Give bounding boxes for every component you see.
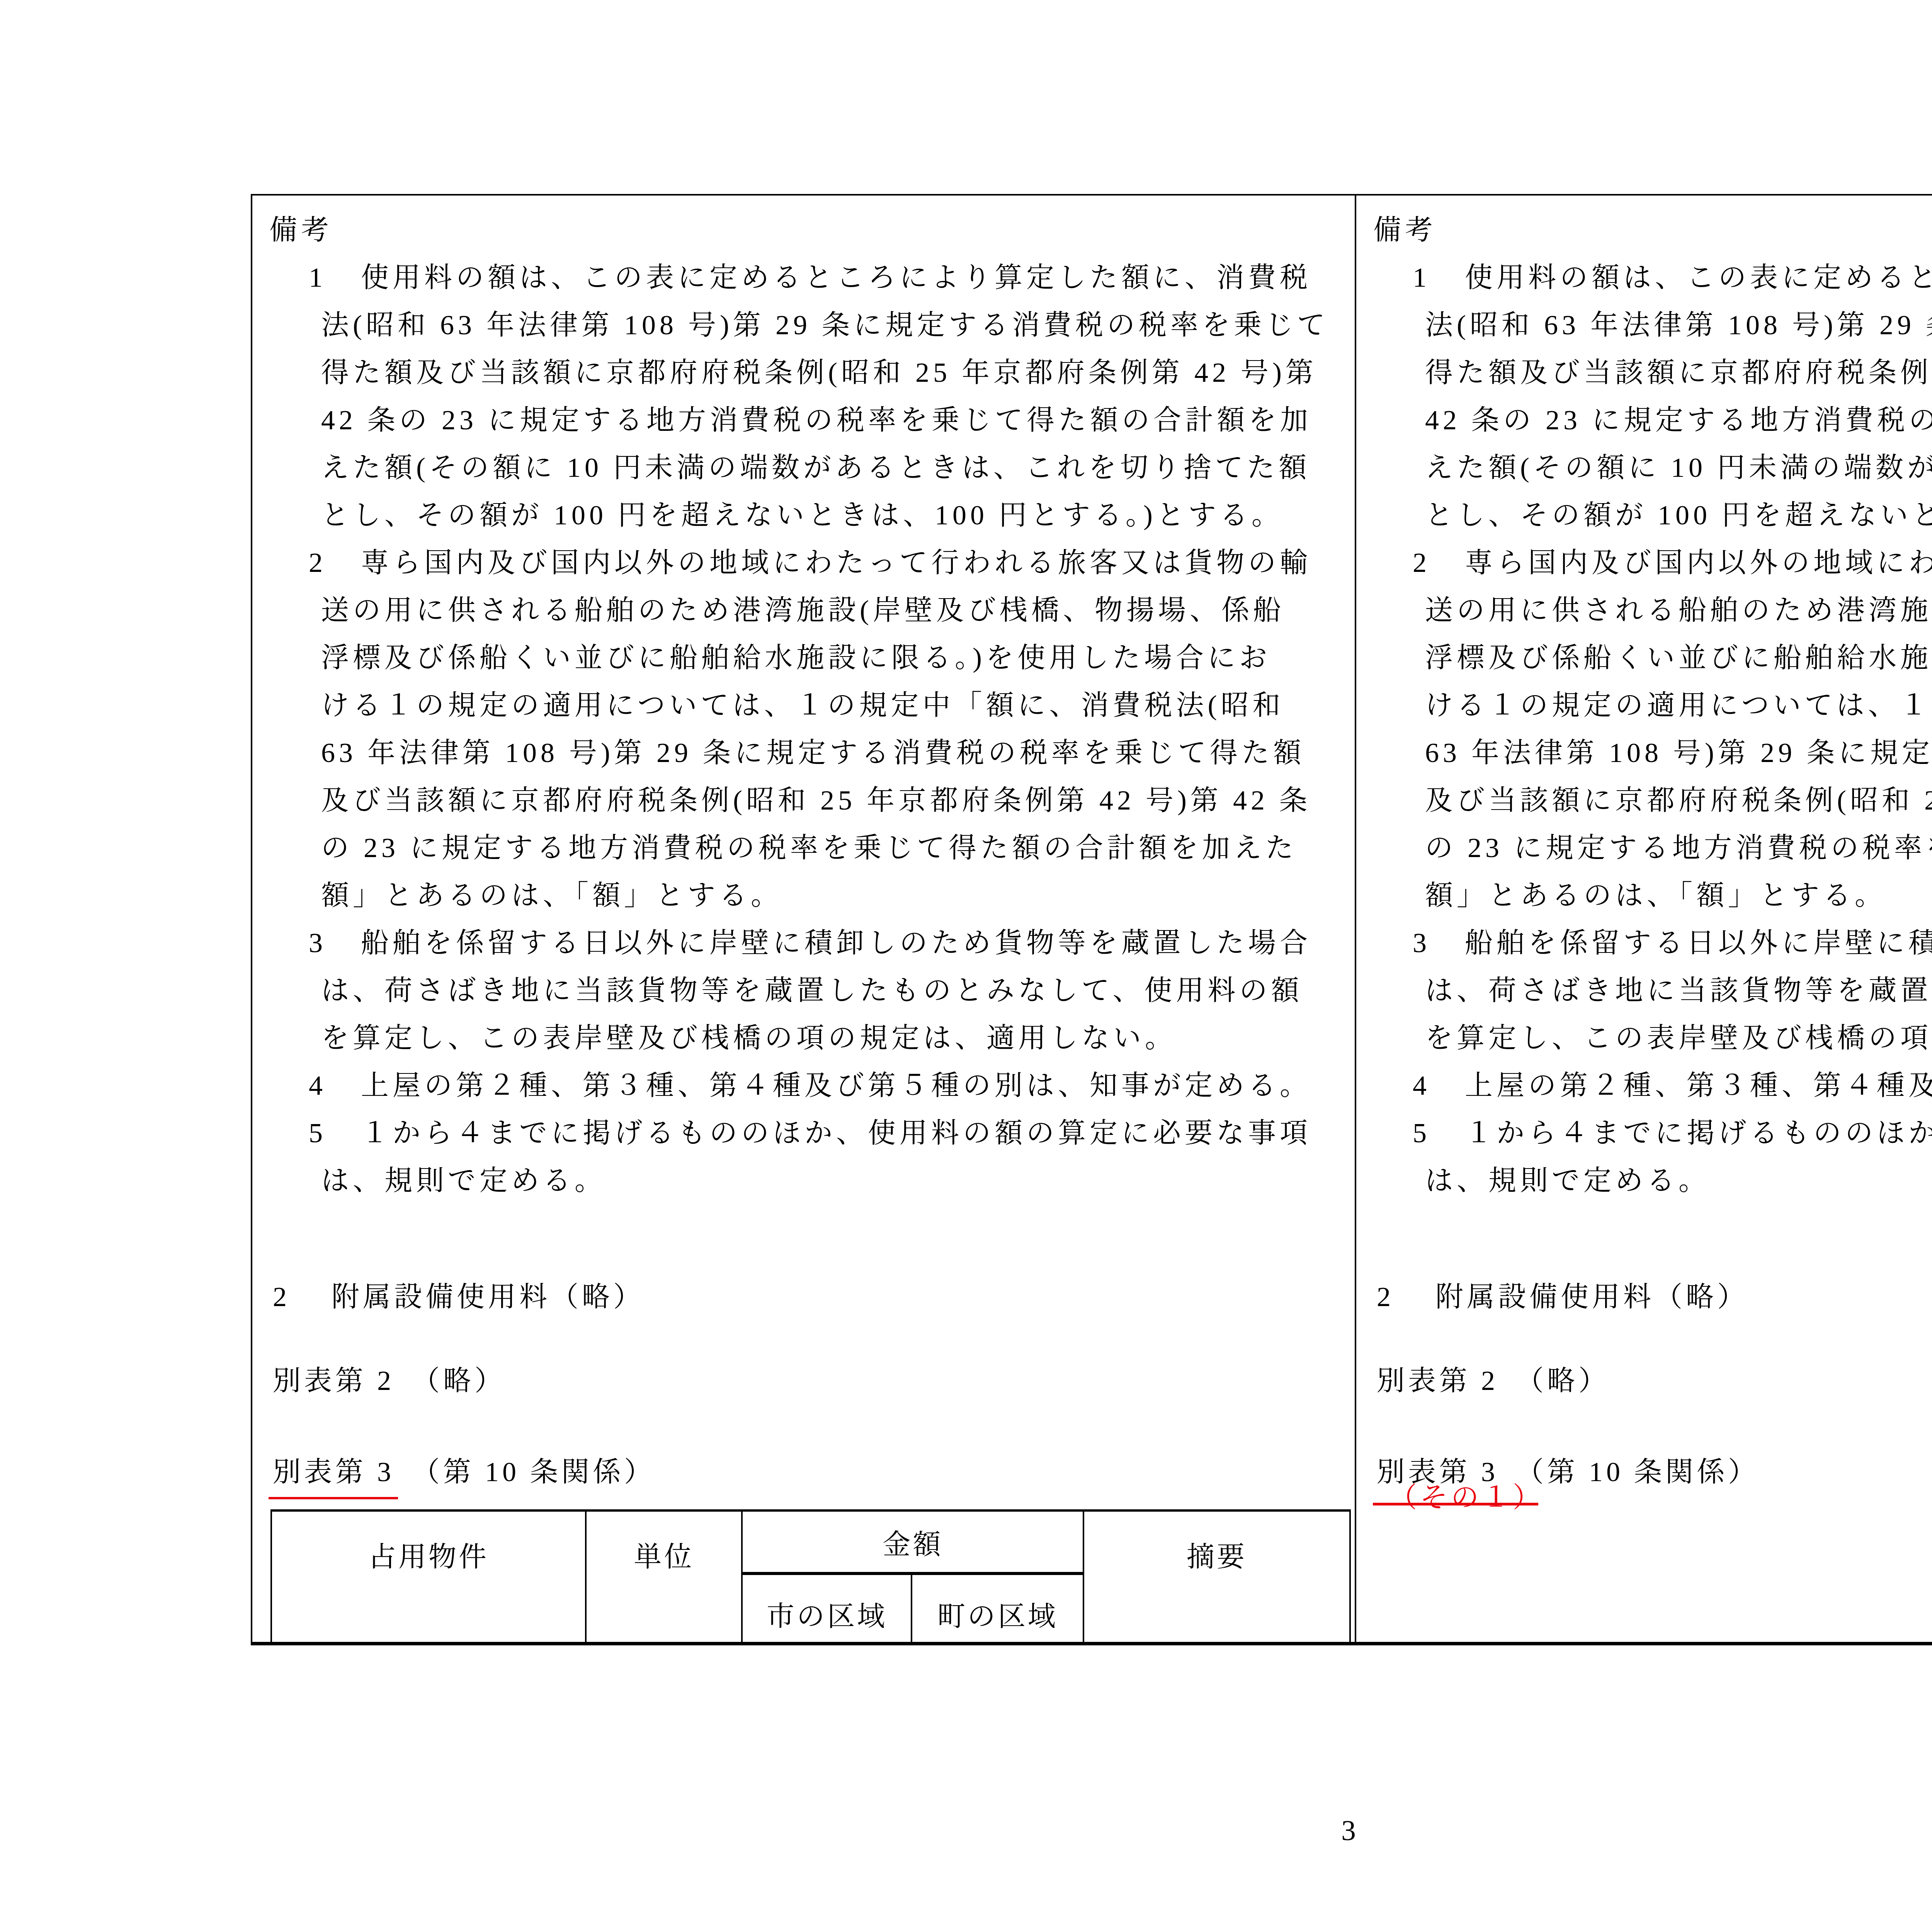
- note-line: とし、その額が 100 円を超えないときは、100 円とする。)とする。: [1356, 492, 1932, 539]
- note-line: 浮標及び係船くい並びに船舶給水施設に限る。)を使用した場合にお: [1356, 634, 1932, 682]
- col-header-city-area: 市の区域: [743, 1575, 912, 1642]
- note-line: 1 使用料の額は、この表に定めるところにより算定した額に、消費税: [1356, 254, 1932, 301]
- note-line: とし、その額が 100 円を超えないときは、100 円とする。)とする。: [252, 492, 1355, 539]
- note-line-text: は、規則で定める。: [321, 1157, 606, 1204]
- note-line: 2 専ら国内及び国内以外の地域にわたって行われる旅客又は貨物の輸: [1356, 539, 1932, 587]
- note-line-text: えた額(その額に 10 円未満の端数があるときは、これを切り捨てた額: [321, 444, 1310, 492]
- note-line-text: は、荷さばき地に当該貨物等を蔵置したものとみなして、使用料の額: [1425, 967, 1932, 1014]
- revision-label-sono1: （その１）: [1389, 1483, 1544, 1511]
- col-header-property: 占用物件: [272, 1512, 587, 1642]
- note-line: 1 使用料の額は、この表に定めるところにより算定した額に、消費税: [252, 254, 1355, 301]
- col-header-remarks: 摘要: [1083, 1512, 1349, 1642]
- note-line-text: を算定し、この表岸壁及び桟橋の項の規定は、適用しない。: [321, 1014, 1177, 1062]
- appendix3-line: 別表第 3 （第 10 条関係）: [273, 1454, 655, 1489]
- document-page: { "document": { "page_number": "3", "acc…: [0, 0, 1932, 1917]
- appendix2-line: 別表第 2 （略）: [273, 1363, 506, 1398]
- note-line-text: 額」とあるのは、「額」とする。: [1425, 872, 1886, 919]
- note-item-number: 3: [309, 919, 323, 967]
- note-line: 63 年法律第 108 号)第 29 条に規定する消費税の税率を乗じて得た額: [1356, 729, 1932, 777]
- note-line-text: とし、その額が 100 円を超えないときは、100 円とする。)とする。: [321, 492, 1283, 539]
- note-line: ける１の規定の適用については、１の規定中「額に、消費税法(昭和: [1356, 682, 1932, 729]
- col-header-unit: 単位: [587, 1512, 743, 1642]
- note-line: 及び当該額に京都府府税条例(昭和 25 年京都府条例第 42 号)第 42 条: [252, 777, 1355, 824]
- note-item-number: 5: [309, 1109, 323, 1157]
- notes-heading: 備考: [1356, 206, 1932, 254]
- right-notes-block: 備考 1 使用料の額は、この表に定めるところにより算定した額に、消費税 法(昭和…: [1356, 206, 1932, 1204]
- page-number: 3: [0, 1814, 1932, 1847]
- occupancy-fee-table: 占用物件 単位 金額 摘要 市の区域 町の区域: [270, 1509, 1351, 1642]
- note-line-text: の 23 に規定する地方消費税の税率を乗じて得た額の合計額を加えた: [321, 824, 1297, 872]
- left-notes-lines: 1 使用料の額は、この表に定めるところにより算定した額に、消費税 法(昭和 63…: [252, 254, 1355, 1204]
- note-line: 4 上屋の第２種、第３種、第４種及び第５種の別は、知事が定める。: [1356, 1062, 1932, 1109]
- note-line-text: は、規則で定める。: [1425, 1157, 1710, 1204]
- note-line: 法(昭和 63 年法律第 108 号)第 29 条に規定する消費税の税率を乗じて: [252, 301, 1355, 349]
- note-line-text: 浮標及び係船くい並びに船舶給水施設に限る。)を使用した場合にお: [321, 634, 1271, 682]
- note-line: 3 船舶を係留する日以外に岸壁に積卸しのため貨物等を蔵置した場合: [252, 919, 1355, 967]
- note-line-text: 専ら国内及び国内以外の地域にわたって行われる旅客又は貨物の輸: [1465, 539, 1932, 587]
- note-line-text: を算定し、この表岸壁及び桟橋の項の規定は、適用しない。: [1425, 1014, 1932, 1062]
- appendix2-line: 別表第 2 （略）: [1377, 1363, 1610, 1398]
- note-line-text: 63 年法律第 108 号)第 29 条に規定する消費税の税率を乗じて得た額: [1425, 729, 1932, 777]
- note-line-text: 上屋の第２種、第３種、第４種及び第５種の別は、知事が定める。: [1465, 1062, 1932, 1109]
- note-line: を算定し、この表岸壁及び桟橋の項の規定は、適用しない。: [1356, 1014, 1932, 1062]
- note-item-number: 4: [1413, 1062, 1427, 1109]
- note-line-text: とし、その額が 100 円を超えないときは、100 円とする。)とする。: [1425, 492, 1932, 539]
- note-item-number: 5: [1413, 1109, 1427, 1157]
- note-line: 及び当該額に京都府府税条例(昭和 25 年京都府条例第 42 号)第 42 条: [1356, 777, 1932, 824]
- comparison-sheet: 備考 1 使用料の額は、この表に定めるところにより算定した額に、消費税 法(昭和…: [251, 194, 1932, 1645]
- note-line-text: 上屋の第２種、第３種、第４種及び第５種の別は、知事が定める。: [361, 1062, 1311, 1109]
- note-line-text: 使用料の額は、この表に定めるところにより算定した額に、消費税: [361, 254, 1311, 301]
- note-line: 42 条の 23 に規定する地方消費税の税率を乗じて得た額の合計額を加: [1356, 396, 1932, 444]
- notes-heading: 備考: [252, 206, 1355, 254]
- note-line: ける１の規定の適用については、１の規定中「額に、消費税法(昭和: [252, 682, 1355, 729]
- note-line-text: ける１の規定の適用については、１の規定中「額に、消費税法(昭和: [321, 682, 1284, 729]
- deleted-text-underline: [269, 1497, 398, 1499]
- note-line: 42 条の 23 に規定する地方消費税の税率を乗じて得た額の合計額を加: [252, 396, 1355, 444]
- note-item-number: 4: [309, 1062, 323, 1109]
- note-line-text: の 23 に規定する地方消費税の税率を乗じて得た額の合計額を加えた: [1425, 824, 1932, 872]
- note-line: 2 専ら国内及び国内以外の地域にわたって行われる旅客又は貨物の輸: [252, 539, 1355, 587]
- note-line: の 23 に規定する地方消費税の税率を乗じて得た額の合計額を加えた: [252, 824, 1355, 872]
- note-item-number: 1: [1413, 254, 1427, 301]
- col-header-town-area: 町の区域: [912, 1575, 1083, 1642]
- note-line-text: 船舶を係留する日以外に岸壁に積卸しのため貨物等を蔵置した場合: [1465, 919, 1932, 967]
- note-line: 得た額及び当該額に京都府府税条例(昭和 25 年京都府条例第 42 号)第: [1356, 349, 1932, 396]
- note-line-text: 額」とあるのは、「額」とする。: [321, 872, 782, 919]
- left-notes-block: 備考 1 使用料の額は、この表に定めるところにより算定した額に、消費税 法(昭和…: [252, 206, 1355, 1204]
- note-line-text: 及び当該額に京都府府税条例(昭和 25 年京都府条例第 42 号)第 42 条: [321, 777, 1311, 824]
- col-header-amount: 金額: [743, 1512, 1083, 1575]
- note-item-number: 2: [309, 539, 323, 587]
- section-label: 附属設備使用料（略）: [1435, 1279, 1748, 1314]
- note-line-text: ける１の規定の適用については、１の規定中「額に、消費税法(昭和: [1425, 682, 1932, 729]
- note-line-text: 送の用に供される船舶のため港湾施設(岸壁及び桟橋、物揚場、係船: [321, 587, 1285, 634]
- note-item-number: 3: [1413, 919, 1427, 967]
- note-line: 5 １から４までに掲げるもののほか、使用料の額の算定に必要な事項: [252, 1109, 1355, 1157]
- note-line-text: 使用料の額は、この表に定めるところにより算定した額に、消費税: [1465, 254, 1932, 301]
- note-item-number: 1: [309, 254, 323, 301]
- note-line-text: 専ら国内及び国内以外の地域にわたって行われる旅客又は貨物の輸: [361, 539, 1311, 587]
- note-line-text: 浮標及び係船くい並びに船舶給水施設に限る。)を使用した場合にお: [1425, 634, 1932, 682]
- note-line: は、規則で定める。: [252, 1157, 1355, 1204]
- section-number: 2: [1377, 1279, 1394, 1314]
- note-line-text: 42 条の 23 に規定する地方消費税の税率を乗じて得た額の合計額を加: [1425, 396, 1932, 444]
- note-line: えた額(その額に 10 円未満の端数があるときは、これを切り捨てた額: [252, 444, 1355, 492]
- note-line: 5 １から４までに掲げるもののほか、使用料の額の算定に必要な事項: [1356, 1109, 1932, 1157]
- note-line-text: 法(昭和 63 年法律第 108 号)第 29 条に規定する消費税の税率を乗じて: [1425, 301, 1932, 349]
- note-line-text: 法(昭和 63 年法律第 108 号)第 29 条に規定する消費税の税率を乗じて: [321, 301, 1329, 349]
- note-line: 63 年法律第 108 号)第 29 条に規定する消費税の税率を乗じて得た額: [252, 729, 1355, 777]
- note-line: 額」とあるのは、「額」とする。: [1356, 872, 1932, 919]
- note-line: を算定し、この表岸壁及び桟橋の項の規定は、適用しない。: [252, 1014, 1355, 1062]
- note-item-number: 2: [1413, 539, 1427, 587]
- note-line-text: 送の用に供される船舶のため港湾施設(岸壁及び桟橋、物揚場、係船: [1425, 587, 1932, 634]
- note-line-text: は、荷さばき地に当該貨物等を蔵置したものとみなして、使用料の額: [321, 967, 1303, 1014]
- note-line: 送の用に供される船舶のため港湾施設(岸壁及び桟橋、物揚場、係船: [252, 587, 1355, 634]
- page-divider-line: [1355, 196, 1356, 1642]
- section-number: 2: [273, 1279, 290, 1314]
- note-line: は、規則で定める。: [1356, 1157, 1932, 1204]
- note-line: 3 船舶を係留する日以外に岸壁に積卸しのため貨物等を蔵置した場合: [1356, 919, 1932, 967]
- note-line-text: 63 年法律第 108 号)第 29 条に規定する消費税の税率を乗じて得た額: [321, 729, 1305, 777]
- note-line-text: 得た額及び当該額に京都府府税条例(昭和 25 年京都府条例第 42 号)第: [1425, 349, 1932, 396]
- note-line-text: 得た額及び当該額に京都府府税条例(昭和 25 年京都府条例第 42 号)第: [321, 349, 1317, 396]
- note-line-text: 及び当該額に京都府府税条例(昭和 25 年京都府条例第 42 号)第 42 条: [1425, 777, 1932, 824]
- note-line-text: 船舶を係留する日以外に岸壁に積卸しのため貨物等を蔵置した場合: [361, 919, 1311, 967]
- note-line: は、荷さばき地に当該貨物等を蔵置したものとみなして、使用料の額: [1356, 967, 1932, 1014]
- left-page: 備考 1 使用料の額は、この表に定めるところにより算定した額に、消費税 法(昭和…: [252, 196, 1355, 1642]
- note-line: 4 上屋の第２種、第３種、第４種及び第５種の別は、知事が定める。: [252, 1062, 1355, 1109]
- section-label: 附属設備使用料（略）: [332, 1279, 645, 1314]
- note-line: 法(昭和 63 年法律第 108 号)第 29 条に規定する消費税の税率を乗じて: [1356, 301, 1932, 349]
- note-line: 送の用に供される船舶のため港湾施設(岸壁及び桟橋、物揚場、係船: [1356, 587, 1932, 634]
- note-line: 得た額及び当該額に京都府府税条例(昭和 25 年京都府条例第 42 号)第: [252, 349, 1355, 396]
- note-line-text: 42 条の 23 に規定する地方消費税の税率を乗じて得た額の合計額を加: [321, 396, 1312, 444]
- added-text-underline: [1373, 1503, 1538, 1505]
- note-line: は、荷さばき地に当該貨物等を蔵置したものとみなして、使用料の額: [252, 967, 1355, 1014]
- note-line: 額」とあるのは、「額」とする。: [252, 872, 1355, 919]
- note-line: の 23 に規定する地方消費税の税率を乗じて得た額の合計額を加えた: [1356, 824, 1932, 872]
- note-line-text: えた額(その額に 10 円未満の端数があるときは、これを切り捨てた額: [1425, 444, 1932, 492]
- note-line: 浮標及び係船くい並びに船舶給水施設に限る。)を使用した場合にお: [252, 634, 1355, 682]
- right-page: 備考 1 使用料の額は、この表に定めるところにより算定した額に、消費税 法(昭和…: [1356, 196, 1932, 1642]
- right-notes-lines: 1 使用料の額は、この表に定めるところにより算定した額に、消費税 法(昭和 63…: [1356, 254, 1932, 1204]
- note-line-text: １から４までに掲げるもののほか、使用料の額の算定に必要な事項: [1465, 1109, 1932, 1157]
- note-line-text: １から４までに掲げるもののほか、使用料の額の算定に必要な事項: [361, 1109, 1311, 1157]
- note-line: えた額(その額に 10 円未満の端数があるときは、これを切り捨てた額: [1356, 444, 1932, 492]
